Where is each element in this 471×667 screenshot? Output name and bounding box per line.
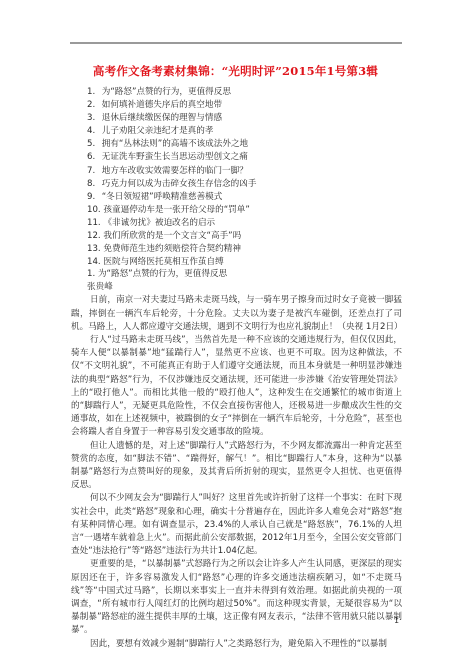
toc-item-text: 《非诚勿扰》被迫改名的启示 (103, 218, 215, 228)
toc-item: 11. 《非诚勿扰》被迫改名的启示 (87, 217, 256, 230)
page-title: 高考作文备考素材集锦：“光明时评”2015年1号第3辑 (0, 63, 471, 79)
toc-item-text: 退休后继续缴医保的理智与情感 (102, 113, 222, 123)
toc-item-text: 医院与网络医托莫相互作茧自缚 (103, 257, 223, 267)
toc-item: 13. 免费师范生违约须赔偿符合契约精神 (87, 243, 256, 256)
toc-item-text: 孩童逼停动车是一张开给父母的“罚单” (103, 205, 249, 215)
toc-item: 1. 为“路怒”点赞的行为，更值得反思 (87, 86, 256, 99)
toc-item-text: 我们所欣赏的是一个文言文“高手”吗 (103, 231, 241, 241)
article-paragraph: 更重要的是，“以暴制暴”式怒路行为之所以会让许多人产生认同感，更深层的现实原因还… (71, 558, 402, 637)
article-paragraph: 日前，南京一对夫妻过马路未走斑马线，与一骑车男子擦身而过时女子竟被一脚猛踹，摔倒… (71, 294, 402, 334)
toc-item: 8. 巧克力何以成为击碎女孩生存信念的凶手 (87, 178, 256, 191)
article-author: 张贵峰 (71, 281, 402, 294)
toc-item-text: 为“路怒”点赞的行为，更值得反思 (102, 87, 231, 97)
article: 1. 为“路怒”点赞的行为，更值得反思 张贵峰 日前，南京一对夫妻过马路未走斑马… (71, 268, 402, 651)
toc-item-text: 免费师范生违约须赔偿符合契约精神 (103, 244, 241, 254)
toc-item-text: 地方车改收实效需要怎样的临门一脚？ (102, 166, 248, 176)
toc-item: 10. 孩童逼停动车是一张开给父母的“罚单” (87, 204, 256, 217)
toc-item-text: 巧克力何以成为击碎女孩生存信念的凶手 (102, 179, 257, 189)
toc-item-text: 儿子劝阻父亲违纪才是真的孝 (102, 126, 214, 136)
article-paragraph: 但让人遗憾的是，对上述“脚踹行人”式路怒行为，不少网友都流露出一种肯定甚至赞赏的… (71, 440, 402, 493)
toc-item: 6. 无证洗车野蛮生长当思运动型创文之痛 (87, 151, 256, 164)
toc-item: 9. “冬日领短裙”呼唤精准慈善模式 (87, 191, 256, 204)
toc-item: 12. 我们所欣赏的是一个文言文“高手”吗 (87, 230, 256, 243)
toc-item-text: 如何填补道德失序后的真空地带 (102, 100, 222, 110)
table-of-contents: 1. 为“路怒”点赞的行为，更值得反思 2. 如何填补道德失序后的真空地带 3.… (87, 86, 256, 269)
page-number: 1 (394, 616, 399, 625)
toc-item-text: “冬日领短裙”呼唤精准慈善模式 (102, 192, 223, 202)
article-paragraph: 何以不少网友会为“脚踹行人”叫好？这里首先或许折射了这样一个事实：在时下现实社会… (71, 492, 402, 558)
header-rule (70, 42, 402, 44)
toc-item-text: 无证洗车野蛮生长当思运动型创文之痛 (102, 152, 248, 162)
toc-item: 2. 如何填补道德失序后的真空地带 (87, 99, 256, 112)
toc-item: 3. 退休后继续缴医保的理智与情感 (87, 112, 256, 125)
toc-item-text: 拥有“丛林法则”的高墙不该成法外之地 (102, 139, 248, 149)
article-paragraph: 因此，要想有效减少遏制“脚踹行人”之类路怒行为，避免陷入不理性的“以暴制 (71, 638, 402, 651)
article-paragraph: 行人“过马路未走斑马线”，当然首先是一种不应该的交通违规行为，但仅仅因此，骑车人… (71, 334, 402, 440)
toc-item: 7. 地方车改收实效需要怎样的临门一脚？ (87, 165, 256, 178)
toc-item: 4. 儿子劝阻父亲违纪才是真的孝 (87, 125, 256, 138)
toc-item: 5. 拥有“丛林法则”的高墙不该成法外之地 (87, 138, 256, 151)
article-heading: 1. 为“路怒”点赞的行为，更值得反思 (71, 268, 402, 281)
